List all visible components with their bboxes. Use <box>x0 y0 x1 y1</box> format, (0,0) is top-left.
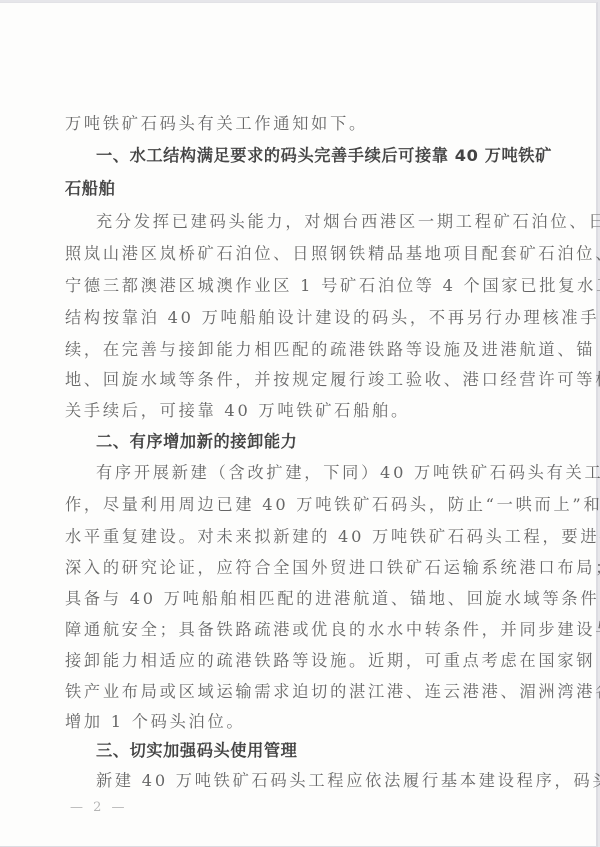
section-1-paragraph-line: 宁德三都澳港区城澳作业区 1 号矿石泊位等 4 个国家已批复水工 <box>65 273 545 299</box>
section-1-paragraph-line: 地、回旋水域等条件，并按规定履行竣工验收、港口经营许可等相 <box>65 367 545 393</box>
section-1-paragraph-line: 结构按靠泊 40 万吨船舶设计建设的码头，不再另行办理核准手 <box>65 305 545 331</box>
section-1-paragraph-line: 关手续后，可接靠 40 万吨铁矿石船舶。 <box>65 398 545 424</box>
section-2-paragraph-line: 具备与 40 万吨船舶相匹配的进港航道、锚地、回旋水域等条件，保 <box>65 586 545 612</box>
document-page: 万吨铁矿石码头有关工作通知如下。 一、水工结构满足要求的码头完善手续后可接靠 4… <box>0 2 598 847</box>
section-2-paragraph-line: 铁产业布局或区域运输需求迫切的湛江港、连云港港、湄洲湾港各 <box>65 679 545 705</box>
section-2-paragraph-line: 增加 1 个码头泊位。 <box>65 709 545 735</box>
section-1-heading-cont: 石船舶 <box>65 176 545 202</box>
section-2-heading: 二、有序增加新的接卸能力 <box>96 429 546 455</box>
section-2-paragraph-line: 作，尽量利用周边已建 40 万吨铁矿石码头，防止“一哄而上”和低 <box>65 492 545 518</box>
section-2-paragraph-line: 接卸能力相适应的疏港铁路等设施。近期，可重点考虑在国家钢 <box>65 648 545 674</box>
page-number: — 2 — <box>70 800 128 815</box>
section-2-paragraph-line: 有序开展新建（含改扩建，下同）40 万吨铁矿石码头有关工 <box>96 460 546 486</box>
section-3-heading: 三、切实加强码头使用管理 <box>96 738 546 764</box>
section-2-paragraph-line: 障通航安全；具备铁路疏港或优良的水水中转条件，并同步建设与 <box>65 617 545 643</box>
section-2-paragraph-line: 水平重复建设。对未来拟新建的 40 万吨铁矿石码头工程，要进行 <box>65 524 545 550</box>
section-1-paragraph-line: 续，在完善与接卸能力相匹配的疏港铁路等设施及进港航道、锚 <box>65 337 545 363</box>
intro-text-tail: 万吨铁矿石码头有关工作通知如下。 <box>65 111 545 137</box>
section-2-paragraph-line: 深入的研究论证，应符合全国外贸进口铁矿石运输系统港口布局； <box>65 555 545 581</box>
section-1-heading: 一、水工结构满足要求的码头完善手续后可接靠 40 万吨铁矿 <box>96 143 546 169</box>
section-3-paragraph-line: 新建 40 万吨铁矿石码头工程应依法履行基本建设程序，码头 <box>96 768 546 794</box>
section-1-paragraph-line: 充分发挥已建码头能力，对烟台西港区一期工程矿石泊位、日 <box>96 209 546 235</box>
section-1-paragraph-line: 照岚山港区岚桥矿石泊位、日照钢铁精品基地项目配套矿石泊位、 <box>65 241 545 267</box>
